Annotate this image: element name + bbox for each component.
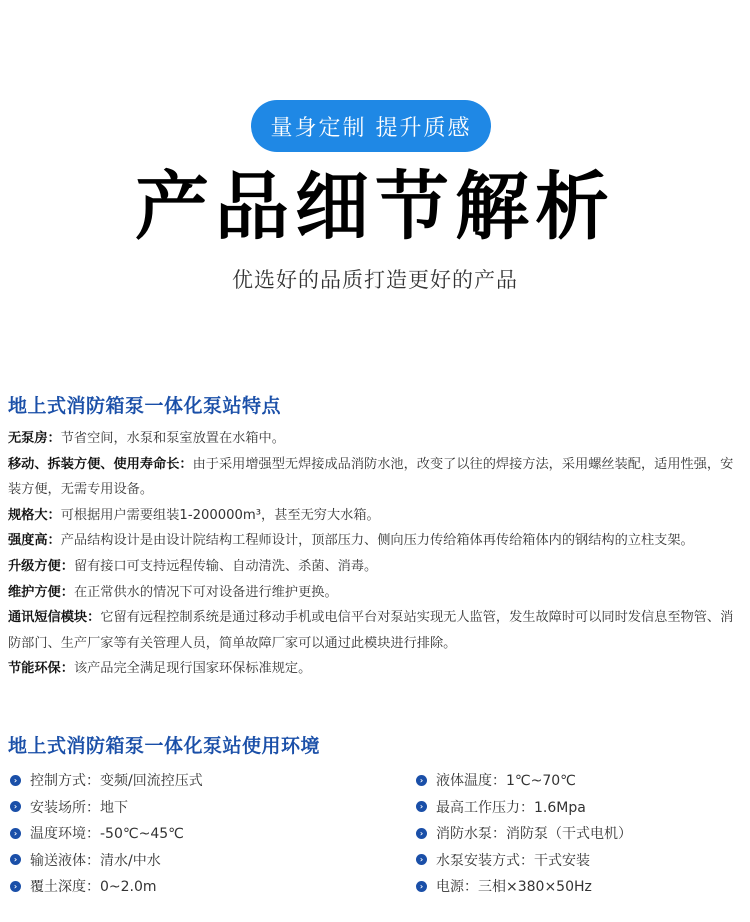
chevron-circle-icon: › <box>10 881 21 892</box>
env-item-text: 水泵安装方式：干式安装 <box>436 850 590 870</box>
env-item-text: 消防水泵：消防泵（干式电机） <box>436 823 632 843</box>
chevron-circle-icon: › <box>10 854 21 865</box>
feature-item: 通讯短信模块：它留有远程控制系统是通过移动手机或电信平台对泵站实现无人监管，发生… <box>8 605 743 656</box>
env-item-text: 控制方式：变频/回流控压式 <box>30 770 203 790</box>
chevron-circle-icon: › <box>416 881 427 892</box>
tagline-pill: 量身定制 提升质感 <box>251 100 491 152</box>
env-list-left: ›控制方式：变频/回流控压式 ›安装场所：地下 ›温度环境：-50℃~45℃ ›… <box>10 767 203 900</box>
chevron-circle-icon: › <box>416 854 427 865</box>
env-item: ›温度环境：-50℃~45℃ <box>10 820 203 847</box>
chevron-circle-icon: › <box>416 828 427 839</box>
chevron-circle-icon: › <box>416 775 427 786</box>
tagline-text: 量身定制 提升质感 <box>271 111 472 142</box>
env-list-right: ›液体温度：1℃~70℃ ›最高工作压力：1.6Mpa ›消防水泵：消防泵（干式… <box>416 767 632 900</box>
env-item: ›消防水泵：消防泵（干式电机） <box>416 820 632 847</box>
feature-key: 通讯短信模块： <box>8 610 100 625</box>
env-item: ›控制方式：变频/回流控压式 <box>10 767 203 794</box>
chevron-circle-icon: › <box>10 828 21 839</box>
chevron-circle-icon: › <box>10 801 21 812</box>
env-item: ›电源：三相×380×50Hz <box>416 873 632 900</box>
feature-text: 可根据用户需要组装1-200000m³，甚至无穷大水箱。 <box>61 508 380 523</box>
feature-item: 移动、拆装方便、使用寿命长：由于采用增强型无焊接成品消防水池，改变了以往的焊接方… <box>8 452 743 503</box>
features-section-title: 地上式消防箱泵一体化泵站特点 <box>8 391 281 418</box>
feature-text: 节省空间，水泵和泵室放置在水箱中。 <box>61 431 285 446</box>
chevron-circle-icon: › <box>10 775 21 786</box>
env-item-text: 覆土深度：0~2.0m <box>30 876 157 896</box>
chevron-circle-icon: › <box>416 801 427 812</box>
page-subtitle: 优选好的品质打造更好的产品 <box>0 264 750 294</box>
features-list: 无泵房：节省空间，水泵和泵室放置在水箱中。 移动、拆装方便、使用寿命长：由于采用… <box>8 426 743 682</box>
feature-key: 升级方便： <box>8 559 74 574</box>
env-section-title: 地上式消防箱泵一体化泵站使用环境 <box>8 731 320 758</box>
feature-key: 维护方便： <box>8 585 74 600</box>
feature-item: 节能环保：该产品完全满足现行国家环保标准规定。 <box>8 656 743 682</box>
env-item-text: 温度环境：-50℃~45℃ <box>30 823 184 843</box>
env-item: ›覆土深度：0~2.0m <box>10 873 203 900</box>
feature-key: 规格大： <box>8 508 61 523</box>
env-item-text: 液体温度：1℃~70℃ <box>436 770 576 790</box>
feature-key: 无泵房： <box>8 431 61 446</box>
env-item: ›液体温度：1℃~70℃ <box>416 767 632 794</box>
feature-text: 该产品完全满足现行国家环保标准规定。 <box>74 661 311 676</box>
env-item: ›最高工作压力：1.6Mpa <box>416 794 632 821</box>
feature-text: 产品结构设计是由设计院结构工程师设计，顶部压力、侧向压力传给箱体再传给箱体内的钢… <box>61 533 694 548</box>
feature-item: 升级方便：留有接口可支持远程传输、自动清洗、杀菌、消毒。 <box>8 554 743 580</box>
feature-text: 留有接口可支持远程传输、自动清洗、杀菌、消毒。 <box>74 559 377 574</box>
feature-text: 在正常供水的情况下可对设备进行维护更换。 <box>74 585 338 600</box>
feature-key: 移动、拆装方便、使用寿命长： <box>8 457 193 472</box>
feature-text: 它留有远程控制系统是通过移动手机或电信平台对泵站实现无人监管，发生故障时可以同时… <box>8 610 733 651</box>
page-title: 产品细节解析 <box>0 162 750 252</box>
feature-key: 节能环保： <box>8 661 74 676</box>
feature-item: 规格大：可根据用户需要组装1-200000m³，甚至无穷大水箱。 <box>8 503 743 529</box>
env-item-text: 输送液体：清水/中水 <box>30 850 161 870</box>
feature-key: 强度高： <box>8 533 61 548</box>
env-item: ›输送液体：清水/中水 <box>10 847 203 874</box>
feature-item: 无泵房：节省空间，水泵和泵室放置在水箱中。 <box>8 426 743 452</box>
env-item: ›安装场所：地下 <box>10 794 203 821</box>
env-item-text: 最高工作压力：1.6Mpa <box>436 797 586 817</box>
feature-item: 强度高：产品结构设计是由设计院结构工程师设计，顶部压力、侧向压力传给箱体再传给箱… <box>8 528 743 554</box>
env-item-text: 安装场所：地下 <box>30 797 128 817</box>
env-item-text: 电源：三相×380×50Hz <box>436 876 592 896</box>
feature-item: 维护方便：在正常供水的情况下可对设备进行维护更换。 <box>8 580 743 606</box>
env-item: ›水泵安装方式：干式安装 <box>416 847 632 874</box>
